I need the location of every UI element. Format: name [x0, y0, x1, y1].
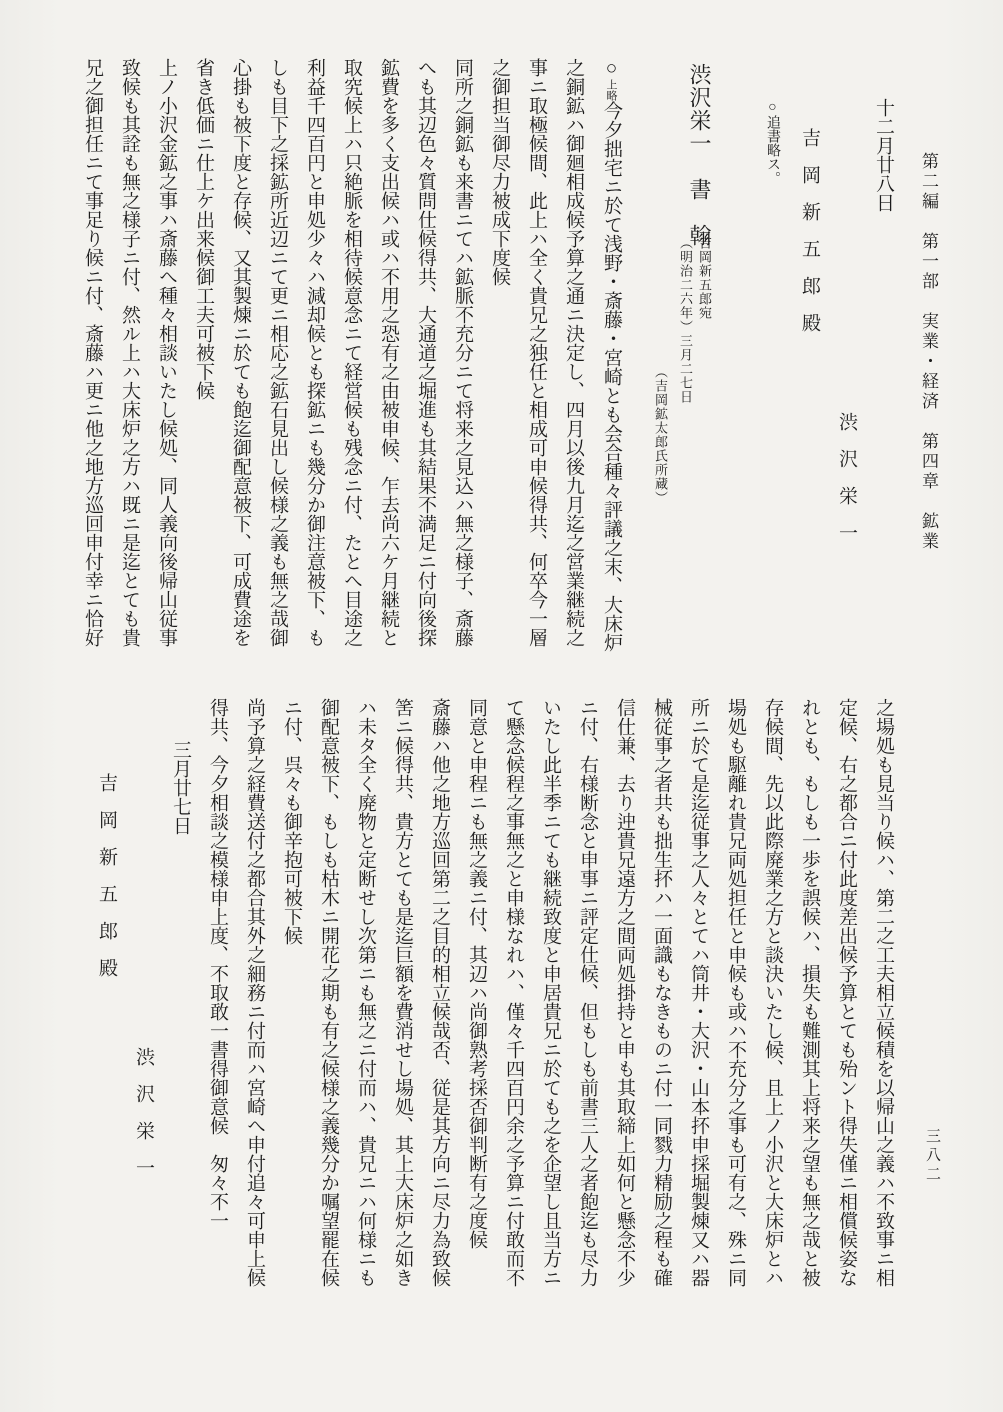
- text-line: 御配意被下、もしも枯木ニ開花之期も有之候様之義幾分か嘱望罷在候: [310, 698, 347, 1326]
- text-band-upper: 十二月廿八日 渋沢栄一 吉岡新五郎殿 ○追書略ス。 渋沢栄一 書 翰 吉岡新五郎…: [70, 58, 902, 686]
- text-line: 上ノ小沢金鉱之事ハ斎藤へ種々相談いたし候処、同人義向後帰山従事: [148, 58, 185, 686]
- letter-title: 渋沢栄一 書 翰: [681, 63, 718, 247]
- text-line: 信仕兼、去り迚貴兄遠方之間両処掛持と申も其取締上如何と懸念不少: [606, 698, 643, 1326]
- letter-heading-notes: 吉岡新五郎宛 （明治二六年）三月二七日: [676, 236, 714, 404]
- text-line: 所ニ於て是迄従事之人々とてハ筒井・大沢・山本抔申採堀製煉又ハ器: [680, 698, 717, 1326]
- text-line: 鉱費を多く支出候ハ或ハ不用之恐有之由被申候、乍去尚六ケ月継続と: [370, 58, 407, 686]
- letter-heading: 渋沢栄一 書 翰 吉岡新五郎宛 （明治二六年）三月二七日 （吉岡鉱太郎氏所蔵）: [636, 58, 720, 686]
- text-line: 心掛も被下度と存候、又其製煉ニ於ても飽迄御配意被下、可成費途を: [222, 58, 259, 686]
- text-line: 事ニ取極候間、此上ハ全く貴兄之独任と相成可申候得共、何卒今一層: [518, 58, 555, 686]
- omission-marker: ○: [601, 58, 622, 79]
- prev-letter-signature: 渋沢栄一: [828, 58, 865, 686]
- letter-addressee: 吉岡新五郎殿: [88, 698, 125, 1326]
- text-band-lower: 之場処も見当り候ハ、第二之工夫相立候積を以帰山之義ハ不致事ニ相定候、右之都合ニ付…: [70, 698, 902, 1326]
- letter-provenance: （吉岡鉱太郎氏所蔵）: [642, 365, 679, 505]
- text-line: 尚予算之経費送付之都合其外之細務ニ付而ハ宮崎へ申付追々可申上候: [236, 698, 273, 1326]
- text-line: 之銅鉱ハ御廻相成候予算之通ニ決定し、四月以後九月迄之営業継続之: [555, 58, 592, 686]
- omission-note: 上略: [605, 79, 617, 101]
- text-line: いたし此半季ニても継続致度と申居貴兄ニ於ても之を企望し且当方ニ: [532, 698, 569, 1326]
- text-line: 同所之銅鉱も来書ニてハ鉱脈不充分ニて将来之見込ハ無之様子、斎藤: [444, 58, 481, 686]
- text-line: れとも、もしも一歩を誤候ハ、損失も難測其上将来之望も無之哉と被: [791, 698, 828, 1326]
- text-line: 得共、今夕相談之模様申上度、不取敢一書得御意候 匆々不一: [199, 698, 236, 1326]
- text-line: ハ未タ全く廃物と定断せし次第ニも無之ニ付而ハ、貴兄ニハ何様ニも: [347, 698, 384, 1326]
- text-line: 定候、右之都合ニ付此度差出候予算とても殆ント得失僅ニ相償候姿な: [828, 698, 865, 1326]
- text-line: 取究候上ハ只絶脈を相待候意念ニて経営候も残念ニ付、たとへ目途之: [333, 58, 370, 686]
- text-line: 斎藤ハ他之地方巡回第二之目的相立候哉否、従是其方向ニ尽力為致候: [421, 698, 458, 1326]
- text-line: 之御担当御尽力被成下度候: [481, 58, 518, 686]
- text-line: 之場処も見当り候ハ、第二之工夫相立候積を以帰山之義ハ不致事ニ相: [865, 698, 902, 1326]
- running-head: 第二編 第一部 実業・経済 第四章 鉱業: [916, 152, 941, 552]
- text-line: 同意と申程ニも無之義ニ付、其辺ハ尚御熟考採否御判断有之度候: [458, 698, 495, 1326]
- text-line: 省き低価ニ仕上ケ出来候御工夫可被下候: [185, 58, 222, 686]
- text-line: 致候も其詮も無之様子ニ付、然ル上ハ大床炉之方ハ既ニ是迄とても貴: [111, 58, 148, 686]
- letter-signature: 渋沢栄一: [125, 698, 162, 1326]
- text-line: て懸念候程之事無之と申様なれハ、僅々千四百円余之予算ニ付敢而不: [495, 698, 532, 1326]
- text-line: 存候間、先以此際廃業之方と談決いたし候、且上ノ小沢と大床炉とハ: [754, 698, 791, 1326]
- text-line: ニ付、右様断念と申事ニ評定仕候、但もしも前書三人之者飽迄も尽力: [569, 698, 606, 1326]
- text-line: ○上略今夕拙宅ニ於て浅野・斎藤・宮崎とも会合種々評議之末、大床炉: [592, 58, 630, 686]
- book-page: 第二編 第一部 実業・経済 第四章 鉱業 三八二 十二月廿八日 渋沢栄一 吉岡新…: [0, 0, 1003, 1412]
- text-line: ニ付、呉々も御辛抱可被下候: [273, 698, 310, 1326]
- text-line: 械従事之者共も拙生抔ハ一面識もなきものニ付一同戮力精励之程も確: [643, 698, 680, 1326]
- prev-letter-date: 十二月廿八日: [865, 58, 902, 686]
- letter-addressee-note: 吉岡新五郎宛: [695, 236, 714, 404]
- text-line: 兄之御担任ニて事足り候ニ付、斎藤ハ更ニ他之地方巡回申付幸ニ恰好: [74, 58, 111, 686]
- text-line-content: 今夕拙宅ニ於て浅野・斎藤・宮崎とも会合種々評議之末、大床炉: [601, 101, 622, 652]
- text-line: へも其辺色々質問仕候得共、大通道之堀進も其結果不満足ニ付向後探: [407, 58, 444, 686]
- postscript-note: ○追書略ス。: [754, 58, 791, 686]
- prev-letter-addressee: 吉岡新五郎殿: [791, 58, 828, 686]
- page-number: 三八二: [922, 1128, 943, 1185]
- text-line: 場処も駆離れ貴兄両処担任と申候も或ハ不充分之事も可有之、殊ニ同: [717, 698, 754, 1326]
- text-line: しも目下之採鉱所近辺ニて更ニ相応之鉱石見出し候様之義も無之哉御: [259, 58, 296, 686]
- letter-date: 三月廿七日: [162, 698, 199, 1326]
- text-line: 筈ニ候得共、貴方とても是迄巨額を費消せし場処、其上大床炉之如き: [384, 698, 421, 1326]
- text-line: 利益千四百円と申処少々ハ減却候とも探鉱ニも幾分か御注意被下、も: [296, 58, 333, 686]
